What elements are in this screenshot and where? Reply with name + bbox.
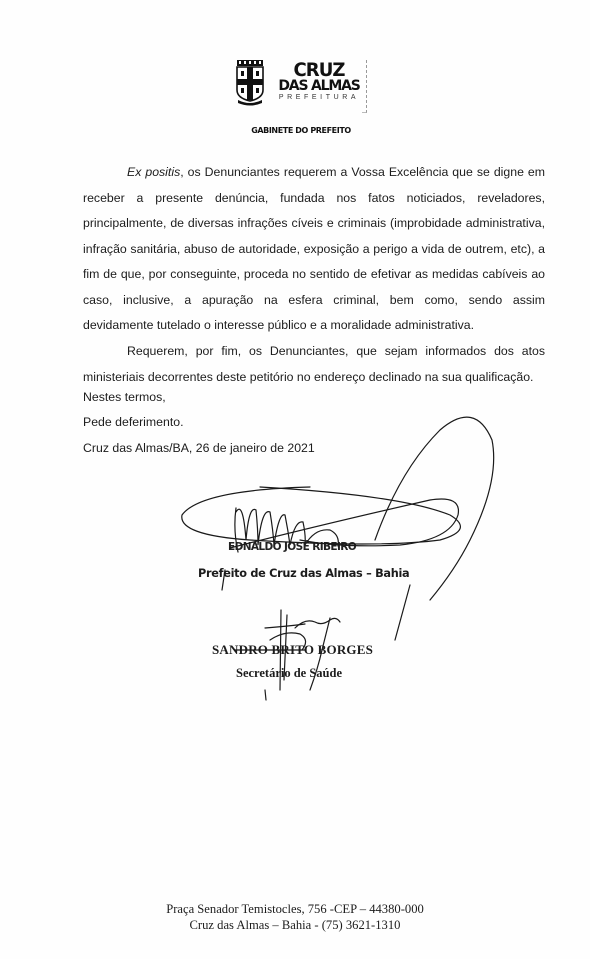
coat-of-arms-icon — [236, 60, 264, 106]
signatory-1-name: EDNALDO JOSÉ RIBEIRO — [228, 541, 356, 553]
paragraph-1: Ex positis, os Denunciantes requerem a V… — [83, 160, 545, 339]
scan-artifact — [362, 60, 367, 113]
handwritten-signatures — [0, 0, 590, 959]
place-date: Cruz das Almas/BA, 26 de janeiro de 2021 — [83, 441, 315, 455]
brand-wordmark: CRUZ DAS ALMAS PREFEITURA — [269, 62, 369, 102]
office-heading: GABINETE DO PREFEITO — [0, 126, 590, 135]
paragraph-1-text: , os Denunciantes requerem a Vossa Excel… — [83, 165, 545, 332]
brand-line-2: DAS ALMAS — [269, 79, 369, 93]
municipal-logo: CRUZ DAS ALMAS PREFEITURA — [236, 60, 371, 112]
paragraph-1-lead: Ex positis — [127, 165, 180, 179]
closing-line-1: Nestes termos, — [83, 390, 166, 404]
signatory-2-role: Secretário de Saúde — [236, 666, 342, 681]
brand-line-1: CRUZ — [272, 62, 367, 79]
brand-line-3: PREFEITURA — [269, 93, 369, 102]
paragraph-2: Requerem, por fim, os Denunciantes, que … — [83, 339, 545, 390]
document-page: CRUZ DAS ALMAS PREFEITURA GABINETE DO PR… — [0, 0, 590, 959]
paragraph-2-text: Requerem, por fim, os Denunciantes, que … — [83, 339, 545, 390]
footer-address: Praça Senador Temistocles, 756 -CEP – 44… — [0, 901, 590, 933]
footer-line-1: Praça Senador Temistocles, 756 -CEP – 44… — [0, 901, 590, 917]
closing-line-2: Pede deferimento. — [83, 415, 184, 429]
footer-line-2: Cruz das Almas – Bahia - (75) 3621-1310 — [0, 917, 590, 933]
signatory-2-name: SANDRO BRITO BORGES — [212, 642, 373, 658]
signatory-1-role: Prefeito de Cruz das Almas – Bahia — [198, 567, 409, 580]
